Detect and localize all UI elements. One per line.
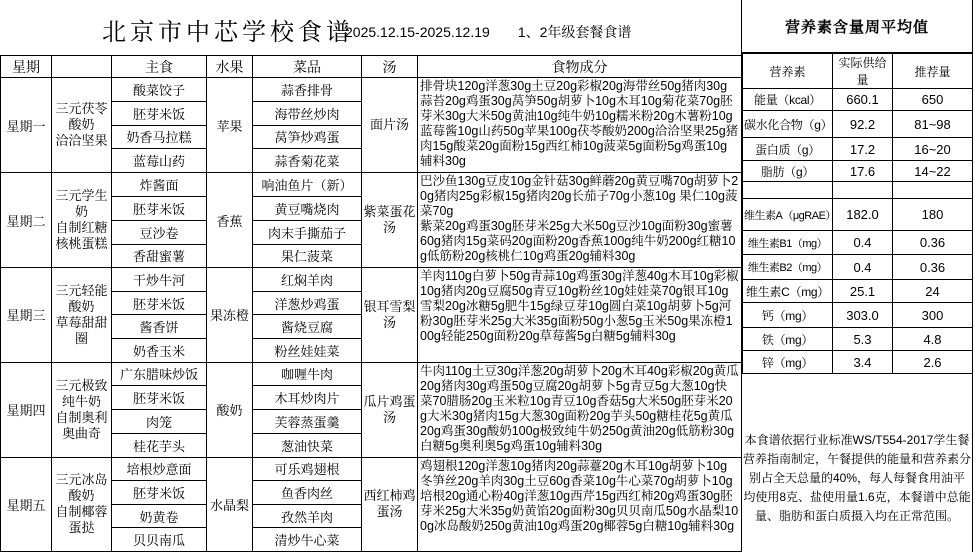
nutrition-row: 蛋白质（g）17.216~20 <box>743 138 973 161</box>
staple-cell: 奶香玉米 <box>112 338 207 362</box>
dish-cell: 海带丝炒肉 <box>253 101 362 125</box>
soup-cell: 面片汤 <box>362 78 418 173</box>
milk-snack-cell: 三元茯苓酸奶 洽洽坚果 <box>52 78 112 173</box>
actual-value: 660.1 <box>833 89 893 111</box>
nutrient-name: 维生素B2（mg） <box>743 255 833 280</box>
soup-cell: 西红柿鸡蛋汤 <box>362 457 418 551</box>
actual-value: 0.4 <box>833 255 893 280</box>
staple-cell: 奶香马拉糕 <box>112 125 207 149</box>
recommended-value: 81~98 <box>893 111 973 138</box>
staple-cell: 肉笼 <box>112 410 207 434</box>
actual-value: 17.6 <box>833 161 893 182</box>
recommended-value: 0.36 <box>893 231 973 255</box>
col-header-fruit: 水果 <box>207 56 253 78</box>
staple-cell: 炸酱面 <box>112 173 207 197</box>
soup-cell: 银耳雪梨汤 <box>362 268 418 362</box>
dish-cell: 可乐鸡翅根 <box>253 457 362 481</box>
ingredients-cell: 鸡翅根120g洋葱10g猪肉20g蒜薹20g木耳10g胡萝卜10g冬笋丝20g羊… <box>418 457 742 551</box>
staple-cell: 培根炒意面 <box>112 457 207 481</box>
milk-snack-cell: 三元极致纯牛奶 自制奥利奥曲奇 <box>52 362 112 457</box>
actual-value: 5.3 <box>833 328 893 351</box>
nutrient-name: 维生素B1（mg） <box>743 231 833 255</box>
nutrition-row: 碳水化合物（g）92.281~98 <box>743 111 973 138</box>
staple-cell: 胚芽米饭 <box>112 196 207 220</box>
soup-cell: 瓜片鸡蛋汤 <box>362 362 418 457</box>
fruit-cell: 水晶梨 <box>207 457 253 551</box>
staple-cell: 胚芽米饭 <box>112 101 207 125</box>
nutrition-title: 营养素含量周平均值 <box>742 0 972 53</box>
ingredients-cell: 排骨块120g洋葱30g土豆20g彩椒20g海带丝50g猪肉30g蒜苔20g鸡蛋… <box>418 78 742 173</box>
fruit-cell: 香蕉 <box>207 173 253 268</box>
milk-snack-cell: 三元学生奶 自制红糖核桃蛋糕 <box>52 173 112 268</box>
staple-cell: 蓝莓山药 <box>112 149 207 173</box>
nutrient-name: 脂肪（g） <box>743 161 833 182</box>
staple-cell: 酸菜饺子 <box>112 78 207 102</box>
nutrition-spacer-row <box>743 182 973 199</box>
menu-row: 星期四三元极致纯牛奶 自制奥利奥曲奇广东腊味炒饭酸奶咖喱牛肉瓜片鸡蛋汤牛肉110… <box>1 362 742 386</box>
staple-cell: 奶黄卷 <box>112 504 207 528</box>
col-header-soup: 汤 <box>362 56 418 78</box>
nutrient-name: 能量（kcal） <box>743 89 833 111</box>
dish-cell: 孜然羊肉 <box>253 504 362 528</box>
nutrition-row: 脂肪（g）17.614~22 <box>743 161 973 182</box>
dish-cell: 鱼香肉丝 <box>253 481 362 505</box>
recommended-value: 180 <box>893 199 973 231</box>
dish-cell: 葱油快菜 <box>253 433 362 457</box>
recommended-value: 4.8 <box>893 328 973 351</box>
milk-snack-cell: 三元轻能酸奶 草莓甜甜圈 <box>52 268 112 362</box>
nutrient-name: 碳水化合物（g） <box>743 111 833 138</box>
actual-value: 0.4 <box>833 231 893 255</box>
nutrient-name: 钙（mg） <box>743 303 833 328</box>
recommended-value: 300 <box>893 303 973 328</box>
ingredients-cell: 牛肉110g土豆30g洋葱20g胡萝卜20g木耳40g彩椒20g黄瓜20g猪肉3… <box>418 362 742 457</box>
nutrition-row: 铁（mg）5.34.8 <box>743 328 973 351</box>
dish-cell: 果仁菠菜 <box>253 244 362 268</box>
milk-snack-cell: 三元冰岛酸奶 自制椰蓉蛋挞 <box>52 457 112 551</box>
menu-row: 星期五三元冰岛酸奶 自制椰蓉蛋挞培根炒意面水晶梨可乐鸡翅根西红柿鸡蛋汤鸡翅根12… <box>1 457 742 481</box>
day-cell: 星期二 <box>1 173 52 268</box>
dish-cell: 响油鱼片（新） <box>253 173 362 197</box>
dish-cell: 木耳炒肉片 <box>253 386 362 410</box>
staple-cell: 贝贝南瓜 <box>112 528 207 552</box>
col-header-ingredients: 食物成分 <box>418 56 742 78</box>
ingredients-cell: 羊肉110g白萝卜50g青蒜10g鸡蛋30g洋葱40g木耳10g彩椒10g猪肉2… <box>418 268 742 362</box>
col-header-day: 星期 <box>1 56 52 78</box>
recommended-value: 24 <box>893 280 973 303</box>
soup-cell: 紫菜蛋花汤 <box>362 173 418 268</box>
day-cell: 星期五 <box>1 457 52 551</box>
dish-cell: 粉丝娃娃菜 <box>253 338 362 362</box>
nutrient-name: 铁（mg） <box>743 328 833 351</box>
nutrition-table: 营养素 实际供给量 推荐量 能量（kcal）660.1650碳水化合物（g）92… <box>742 53 973 374</box>
staple-cell: 豆沙卷 <box>112 220 207 244</box>
dish-cell: 芙蓉蒸蛋羹 <box>253 410 362 434</box>
nutrition-row: 维生素B1（mg）0.40.36 <box>743 231 973 255</box>
nutrition-header-row: 营养素 实际供给量 推荐量 <box>743 54 973 89</box>
nutrition-row: 能量（kcal）660.1650 <box>743 89 973 111</box>
actual-value: 25.1 <box>833 280 893 303</box>
recommended-value: 650 <box>893 89 973 111</box>
dish-cell: 蒜香菊花菜 <box>253 149 362 173</box>
nutrient-name: 维生素C（mg） <box>743 280 833 303</box>
dish-cell: 肉末手撕茄子 <box>253 220 362 244</box>
staple-cell: 香甜蜜薯 <box>112 244 207 268</box>
nutrient-name: 锌（mg） <box>743 351 833 374</box>
grade-label: 1、2年级套餐食谱 <box>518 24 632 40</box>
col-header-staple: 主食 <box>112 56 207 78</box>
staple-cell: 胚芽米饭 <box>112 386 207 410</box>
page-title: 北京市中芯学校食谱 <box>102 12 354 47</box>
nutrition-row: 维生素C（mg）25.124 <box>743 280 973 303</box>
dish-cell: 酱烧豆腐 <box>253 315 362 339</box>
nutrition-note: 本食谱依据行业标准WS/T554-2017学生餐营养指南制定，午餐提供的能量和营… <box>742 431 972 526</box>
staple-cell: 干炒牛河 <box>112 268 207 292</box>
staple-cell: 胚芽米饭 <box>112 291 207 315</box>
nutrition-panel: 营养素含量周平均值 营养素 实际供给量 推荐量 能量（kcal）660.1650… <box>741 0 973 552</box>
dish-cell: 洋葱炒鸡蛋 <box>253 291 362 315</box>
nutrient-col-header: 营养素 <box>743 54 833 89</box>
fruit-cell: 苹果 <box>207 78 253 173</box>
school-menu-page: 北京市中芯学校食谱 2025.12.15-2025.12.191、2年级套餐食谱… <box>0 0 975 552</box>
dish-cell: 红焖羊肉 <box>253 268 362 292</box>
fruit-cell: 果冻橙 <box>207 268 253 362</box>
nutrition-row: 维生素A（μgRAE）182.0180 <box>743 199 973 231</box>
menu-row: 星期二三元学生奶 自制红糖核桃蛋糕炸酱面香蕉响油鱼片（新）紫菜蛋花汤巴沙鱼130… <box>1 173 742 197</box>
col-header-milk <box>52 56 112 78</box>
ingredients-cell: 巴沙鱼130g豆皮10g金针菇30g鲜蘑20g黄豆嘴70g胡萝卜20g猪肉25g… <box>418 173 742 268</box>
staple-cell: 酱香饼 <box>112 315 207 339</box>
staple-cell: 胚芽米饭 <box>112 481 207 505</box>
sub-header: 2025.12.15-2025.12.191、2年级套餐食谱 <box>345 22 631 42</box>
nutrition-row: 维生素B2（mg）0.40.36 <box>743 255 973 280</box>
actual-col-header: 实际供给量 <box>833 54 893 89</box>
dish-cell: 蒜香排骨 <box>253 78 362 102</box>
staple-cell: 广东腊味炒饭 <box>112 362 207 386</box>
nutrition-row: 钙（mg）303.0300 <box>743 303 973 328</box>
nutrient-name: 蛋白质（g） <box>743 138 833 161</box>
menu-row: 星期一三元茯苓酸奶 洽洽坚果酸菜饺子苹果蒜香排骨面片汤排骨块120g洋葱30g土… <box>1 78 742 102</box>
recommended-value: 16~20 <box>893 138 973 161</box>
dish-cell: 黄豆嘴烧肉 <box>253 196 362 220</box>
day-cell: 星期三 <box>1 268 52 362</box>
menu-table: 星期 主食 水果 菜品 汤 食物成分 星期一三元茯苓酸奶 洽洽坚果酸菜饺子苹果蒜… <box>0 55 742 552</box>
fruit-cell: 酸奶 <box>207 362 253 457</box>
recommended-col-header: 推荐量 <box>893 54 973 89</box>
nutrient-name: 维生素A（μgRAE） <box>743 199 833 231</box>
menu-row: 星期三三元轻能酸奶 草莓甜甜圈干炒牛河果冻橙红焖羊肉银耳雪梨汤羊肉110g白萝卜… <box>1 268 742 292</box>
actual-value: 303.0 <box>833 303 893 328</box>
day-cell: 星期一 <box>1 78 52 173</box>
actual-value: 92.2 <box>833 111 893 138</box>
recommended-value: 0.36 <box>893 255 973 280</box>
actual-value <box>833 182 893 199</box>
actual-value: 182.0 <box>833 199 893 231</box>
col-header-dish: 菜品 <box>253 56 362 78</box>
dish-cell: 咖喱牛肉 <box>253 362 362 386</box>
nutrient-name <box>743 182 833 199</box>
dish-cell: 莴笋炒鸡蛋 <box>253 125 362 149</box>
menu-header-row: 星期 主食 水果 菜品 汤 食物成分 <box>1 56 742 78</box>
staple-cell: 桂花芋头 <box>112 433 207 457</box>
actual-value: 17.2 <box>833 138 893 161</box>
date-range: 2025.12.15-2025.12.19 <box>345 24 490 40</box>
day-cell: 星期四 <box>1 362 52 457</box>
nutrition-row: 锌（mg）3.42.6 <box>743 351 973 374</box>
recommended-value: 2.6 <box>893 351 973 374</box>
recommended-value <box>893 182 973 199</box>
recommended-value: 14~22 <box>893 161 973 182</box>
dish-cell: 清炒牛心菜 <box>253 528 362 552</box>
actual-value: 3.4 <box>833 351 893 374</box>
